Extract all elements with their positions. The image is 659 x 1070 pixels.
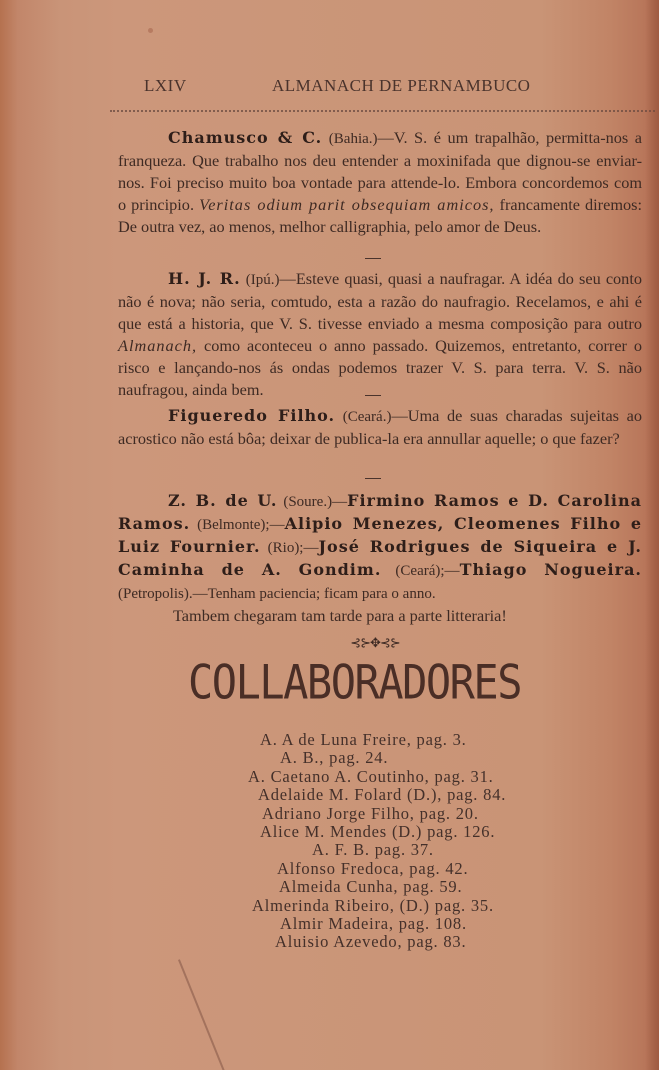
- correspondent-name: Chamusco & C.: [168, 128, 322, 147]
- paper-crease: [178, 959, 225, 1070]
- collaborator-entry: A. Caetano A. Coutinho, pag. 31.: [180, 768, 550, 786]
- collaborator-entry: Alfonso Fredoca, pag. 42.: [180, 860, 550, 878]
- correspondent-location: (Ceará);—: [381, 563, 459, 579]
- separator-dash: [365, 258, 381, 259]
- correspondent-location: (Ceará.): [343, 409, 392, 425]
- correspondent-name: Figueredo Filho.: [168, 406, 335, 425]
- collaborator-entry: Almir Madeira, pag. 108.: [180, 915, 550, 933]
- header-dotted-rule: [110, 110, 655, 112]
- section-title: COLLABORADORES: [188, 655, 568, 710]
- correspondent-name: H. J. R.: [168, 269, 241, 288]
- entry-chamusco: Chamusco & C. (Bahia.)—V. S. é um trapal…: [118, 127, 642, 238]
- italic-word: Almanach,: [118, 336, 197, 355]
- collaborator-entry: Alice M. Mendes (D.) pag. 126.: [180, 823, 550, 841]
- collaborator-entry: Aluisio Azevedo, pag. 83.: [180, 933, 550, 951]
- entry-hjr: H. J. R. (Ipú.)—Esteve quasi, quasi a na…: [118, 268, 642, 401]
- collaborator-entry: A. B., pag. 24.: [180, 749, 550, 767]
- correspondent-location: (Soure.)—: [278, 494, 348, 510]
- correspondent-name: Z. B. de U.: [168, 491, 278, 510]
- correspondent-name: Thiago Nogueira.: [460, 560, 642, 579]
- page-number: LXIV: [144, 76, 187, 96]
- separator-dash: [365, 395, 381, 396]
- separator-dash: [365, 478, 381, 479]
- entry-figueredo: Figueredo Filho. (Ceará.)—Uma de suas ch…: [118, 405, 642, 450]
- latin-quote: Veritas odium parit obsequiam amicos,: [199, 195, 494, 214]
- correspondent-location: (Rio);—: [261, 540, 319, 556]
- closing-line: Tambem chegaram tam tarde para a parte l…: [118, 605, 642, 627]
- collaborator-entry: A. A de Luna Freire, pag. 3.: [180, 731, 550, 749]
- page-edge-shadow: [645, 0, 659, 1070]
- correspondent-location: (Ipú.): [246, 272, 280, 288]
- correspondent-location: (Petropolis).—Tenham paciencia; ficam pa…: [118, 586, 436, 602]
- collaborator-entry: Almerinda Ribeiro, (D.) pag. 35.: [180, 897, 550, 915]
- entry-text-after: como aconteceu o anno passado. Quizemos,…: [118, 336, 642, 399]
- entry-multiple-correspondents: Z. B. de U. (Soure.)—Firmino Ramos e D. …: [118, 490, 642, 627]
- collaborator-entry: Adriano Jorge Filho, pag. 20.: [180, 805, 550, 823]
- paper-spot: [148, 28, 153, 33]
- correspondent-location: (Belmonte);—: [190, 517, 284, 533]
- almanac-page: LXIV ALMANACH DE PERNAMBUCO Chamusco & C…: [0, 0, 659, 1070]
- correspondent-location: (Bahia.): [329, 131, 378, 147]
- running-title: ALMANACH DE PERNAMBUCO: [272, 76, 530, 96]
- collaborator-entry: Adelaide M. Folard (D.), pag. 84.: [180, 786, 550, 804]
- collaborators-list: A. A de Luna Freire, pag. 3. A. B., pag.…: [180, 731, 550, 952]
- running-header: LXIV ALMANACH DE PERNAMBUCO: [144, 76, 624, 98]
- collaborator-entry: Almeida Cunha, pag. 59.: [180, 878, 550, 896]
- collaborator-entry: A. F. B. pag. 37.: [180, 841, 550, 859]
- decorative-ornament: ⊰⊱✥⊰⊱: [338, 636, 412, 650]
